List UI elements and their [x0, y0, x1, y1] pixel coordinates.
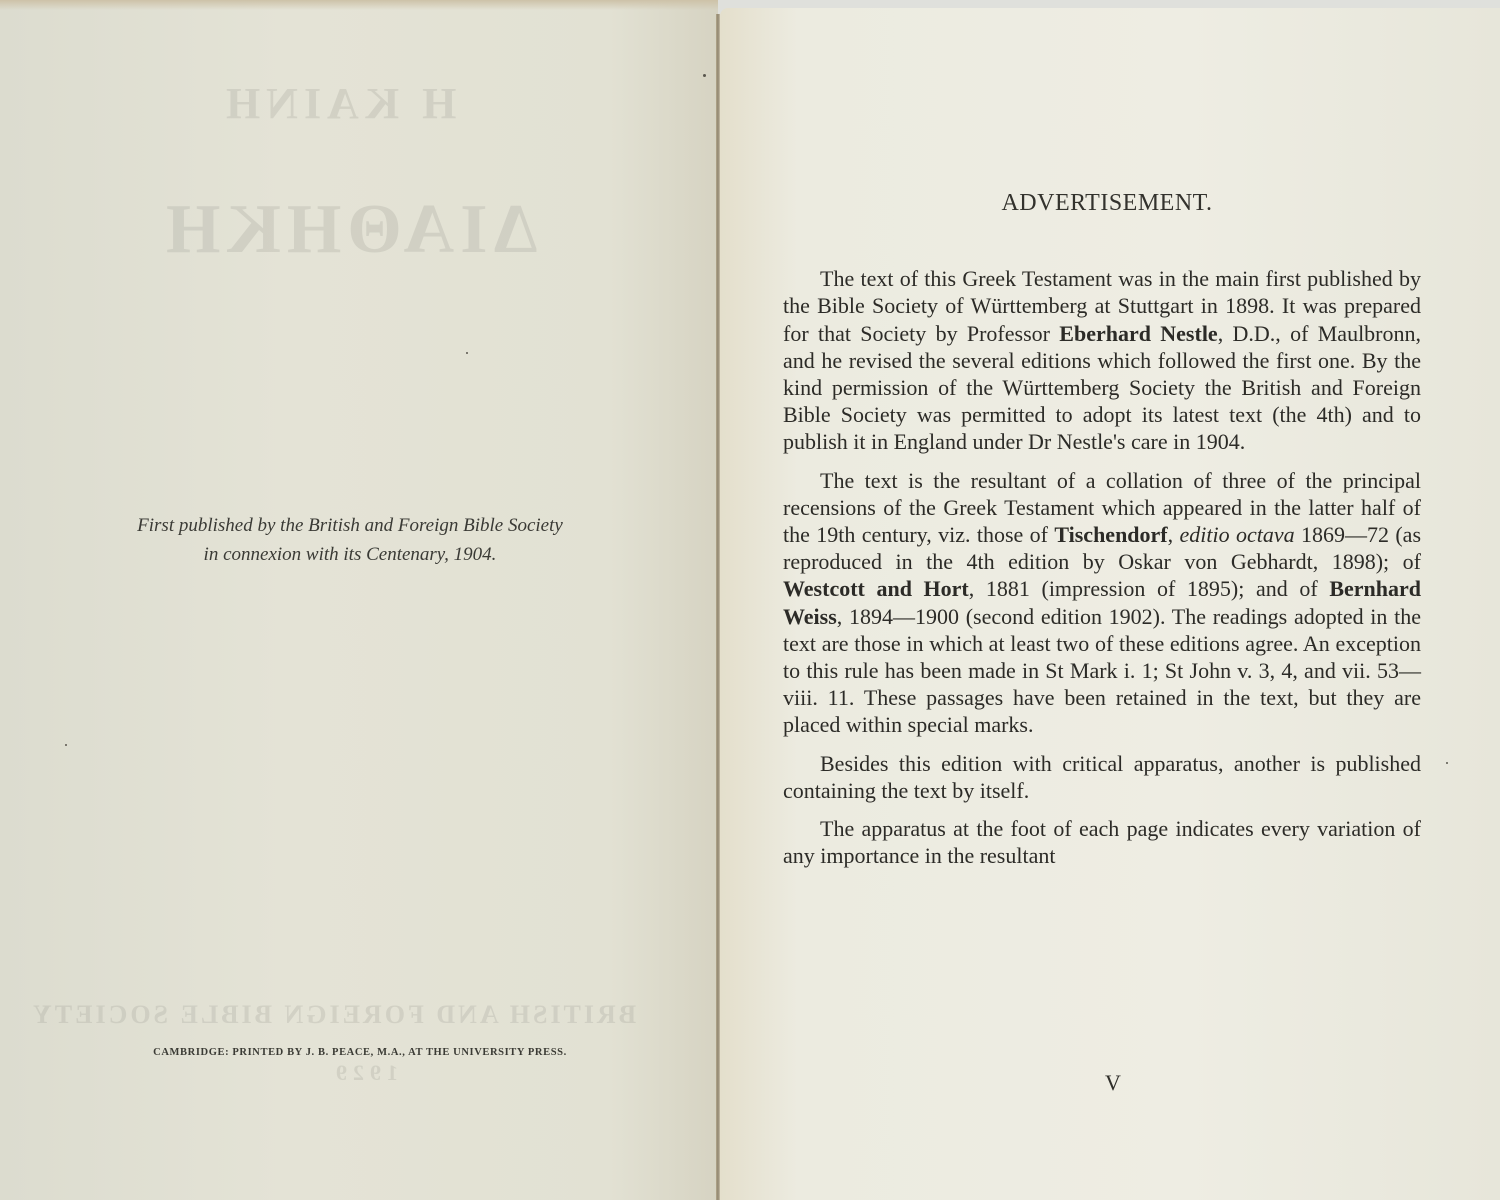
paper-speck	[65, 744, 67, 746]
paper-speck	[466, 352, 468, 354]
text-run: The apparatus at the foot of each page i…	[783, 816, 1421, 868]
imprint-line: in connexion with its Centenary, 1904.	[30, 540, 670, 569]
page-heading: ADVERTISEMENT.	[783, 190, 1421, 217]
page-number: V	[1105, 1070, 1121, 1096]
show-through-text: H KAINH	[220, 78, 456, 129]
editor-name: Tischendorf	[1054, 522, 1167, 547]
paragraph: Besides this edition with critical appar…	[783, 750, 1421, 804]
text-run: Besides this edition with critical appar…	[783, 751, 1421, 803]
italic-term: editio octava	[1180, 522, 1295, 547]
show-through-text: ΔΙΑΘΗΚΗ	[160, 190, 537, 270]
paper-speck	[1446, 762, 1448, 764]
paper-speck	[703, 74, 706, 77]
open-book-spread: H KAINH ΔΙΑΘΗΚΗ BRITISH AND FOREIGN BIBL…	[0, 0, 1500, 1200]
imprint-notice: First published by the British and Forei…	[30, 511, 670, 569]
paragraph: The apparatus at the foot of each page i…	[783, 815, 1421, 869]
text-run: , 1881 (impression of 1895); and of	[969, 576, 1330, 601]
printer-colophon: CAMBRIDGE: PRINTED BY J. B. PEACE, M.A.,…	[60, 1047, 660, 1058]
imprint-line: First published by the British and Forei…	[30, 511, 670, 540]
text-run: , 1894—1900 (second edition 1902). The r…	[783, 604, 1421, 738]
paragraph: The text is the resultant of a collation…	[783, 467, 1421, 739]
show-through-text: 1929	[330, 1060, 398, 1086]
show-through-text: BRITISH AND FOREIGN BIBLE SOCIETY	[30, 1000, 636, 1030]
text-run: ,	[1168, 522, 1180, 547]
paragraph: The text of this Greek Testament was in …	[783, 265, 1421, 455]
advertisement-section: ADVERTISEMENT. The text of this Greek Te…	[783, 190, 1421, 880]
left-page: H KAINH ΔΙΑΘΗΚΗ BRITISH AND FOREIGN BIBL…	[0, 0, 718, 1200]
editor-name: Eberhard Nestle	[1059, 321, 1217, 346]
editor-name: Westcott and Hort	[783, 576, 969, 601]
